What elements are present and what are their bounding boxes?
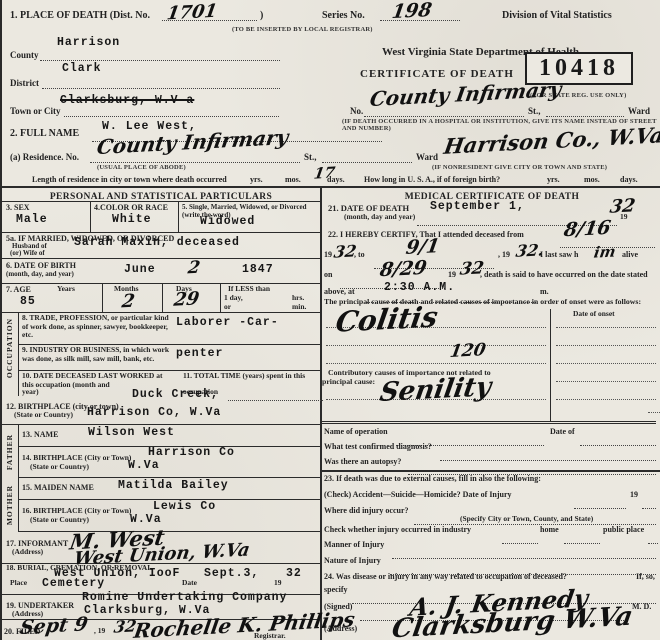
mother-name-value: Matilda Bailey bbox=[118, 479, 229, 492]
marital-value: Widowed bbox=[200, 215, 255, 228]
injury-location-row: Check whether injury occurred in industr… bbox=[322, 524, 660, 538]
md-label: M. D. bbox=[632, 602, 651, 611]
signed-label: (Signed) bbox=[324, 602, 352, 611]
race-cell: 4.COLOR OR RACE White bbox=[90, 201, 179, 232]
age-days-cell: Days 29 bbox=[162, 283, 221, 312]
filed-year-prefix: , 19 bbox=[94, 627, 105, 636]
medical-certificate-section: MEDICAL CERTIFICATE OF DEATH 21. DATE OF… bbox=[322, 186, 660, 640]
header-section: 1. PLACE OF DEATH (Dist. No. 1701 ) Seri… bbox=[2, 0, 660, 186]
sex-cell: 3. SEX Male bbox=[2, 201, 91, 232]
on-year-prefix: 19 bbox=[448, 270, 456, 279]
days-label-2: days. bbox=[620, 175, 638, 184]
right-section-title-row: MEDICAL CERTIFICATE OF DEATH bbox=[322, 186, 660, 200]
place-close-paren: ) bbox=[260, 10, 263, 22]
test-row: What test confirmed diagnosis? bbox=[322, 440, 660, 455]
age-or-label: or bbox=[224, 303, 231, 312]
district-value: Clark bbox=[62, 62, 102, 75]
dod-year-script: 32 bbox=[608, 195, 636, 218]
sex-value: Male bbox=[16, 213, 48, 226]
father-name-label: 13. NAME bbox=[22, 430, 58, 439]
dob-label: 6. DATE OF BIRTH bbox=[6, 261, 76, 270]
father-vertical-strip: FATHER bbox=[2, 424, 19, 477]
date-of-onset-header: Date of onset bbox=[573, 310, 615, 319]
nature-injury-label: Nature of Injury bbox=[324, 556, 381, 565]
dotted-line bbox=[40, 50, 280, 61]
dob-year-value: 1847 bbox=[242, 263, 274, 276]
age-months-value: 2 bbox=[120, 291, 136, 313]
birthplace-value-2: Harrison Co, W.Va bbox=[87, 406, 221, 419]
certify-to-script: 9/1 bbox=[404, 235, 441, 259]
personal-particulars-section: PERSONAL AND STATISTICAL PARTICULARS 3. … bbox=[2, 186, 320, 640]
mother-name-row: 15. MAIDEN NAME Matilda Bailey bbox=[18, 477, 320, 500]
mother-vertical-strip: MOTHER bbox=[2, 477, 19, 531]
father-birthplace-value-1: Harrison Co bbox=[148, 446, 235, 459]
filed-date-script: Sept 9 bbox=[18, 613, 89, 639]
residence-st-label: St., bbox=[304, 152, 317, 162]
wife-of-label: (or) Wife of bbox=[10, 249, 45, 257]
burial-date-value: Sept.3, bbox=[204, 567, 259, 580]
burial-place-value-2: Cemetery bbox=[42, 577, 105, 590]
registrar-note: (TO BE INSERTED BY LOCAL REGISTRAR) bbox=[232, 26, 373, 33]
place-of-death-label: 1. PLACE OF DEATH (Dist. No. bbox=[10, 10, 150, 22]
sex-label: 3. SEX bbox=[6, 203, 30, 212]
physician-address-row: (Address) Clarksburg W.Va bbox=[322, 618, 660, 640]
dod-sublabel: (month, day and year) bbox=[344, 213, 415, 222]
where-injury-row: Where did injury occur? (Specify City or… bbox=[322, 504, 660, 524]
m-label: m. bbox=[540, 287, 549, 296]
sex-race-marital-row: 3. SEX Male 4.COLOR OR RACE White 5. Sin… bbox=[2, 201, 320, 233]
occupation-vertical-strip: OCCUPATION bbox=[2, 312, 19, 396]
marital-cell: 5. Single, Married, Widowed, or Divorced… bbox=[178, 201, 320, 232]
date-of-onset-column: Date of onset bbox=[550, 309, 656, 421]
principal-cause-script: Colitis bbox=[333, 300, 440, 339]
burial-date-label: Date bbox=[182, 579, 197, 588]
certify-block: 22. I HEREBY CERTIFY, That I attended de… bbox=[322, 226, 660, 298]
certify-to-label: , to bbox=[354, 250, 365, 259]
mos-label: mos. bbox=[285, 175, 301, 184]
external-causes-row: 23. If death was due to external causes,… bbox=[322, 472, 660, 487]
dotted-line bbox=[64, 106, 279, 117]
filed-row: 20. FILED Sept 9 , 19 32 Rochelle K. Phi… bbox=[2, 619, 320, 640]
certify-y19-label: 19 bbox=[324, 250, 332, 259]
operation-date-label: Date of bbox=[550, 427, 575, 436]
age-days-value: 29 bbox=[172, 288, 200, 311]
injury-industry-label: Check whether injury occurred in industr… bbox=[324, 525, 471, 534]
father-name-value: Wilson West bbox=[88, 426, 175, 439]
mother-birthplace-sublabel: (State or Country) bbox=[30, 516, 89, 525]
contributory-cause-script: Senility bbox=[378, 372, 494, 408]
manner-injury-row: Manner of Injury bbox=[322, 538, 660, 554]
autopsy-label: Was there an autopsy? bbox=[324, 457, 401, 466]
burial-year-value: 32 bbox=[286, 567, 302, 580]
physician-address-label: (Address) bbox=[324, 624, 357, 633]
industry-label: 9. INDUSTRY OR BUSINESS, in which work w… bbox=[22, 346, 172, 363]
days-label: days. bbox=[327, 175, 345, 184]
town-label: Town or City bbox=[10, 106, 61, 116]
residence-ward-label: Ward bbox=[416, 152, 438, 162]
yrs-label: yrs. bbox=[250, 175, 263, 184]
age-years-label: Years bbox=[57, 285, 75, 294]
institution-no-label: No. bbox=[350, 106, 363, 116]
trade-label: 8. TRADE, PROFESSION, or particular kind… bbox=[22, 314, 172, 340]
check-injury-row: (Check) Accident—Suicide—Homicide? Date … bbox=[322, 487, 660, 504]
age-min-label: min. bbox=[292, 303, 306, 312]
age-years-cell: 7. AGE Years 85 bbox=[2, 283, 103, 312]
contributory-label-2: principal cause: bbox=[322, 378, 375, 387]
last-worked-label: 10. DATE DECEASED LAST WORKED at this oc… bbox=[22, 372, 172, 389]
operation-label: Name of operation bbox=[324, 427, 388, 436]
dotted-line bbox=[162, 10, 257, 21]
mother-birthplace-value-1: Lewis Co bbox=[153, 500, 216, 513]
father-birthplace-value-2: W.Va bbox=[128, 459, 160, 472]
county-label: County bbox=[10, 50, 39, 60]
if-so-label: If, so, bbox=[636, 572, 655, 581]
st-label: St., bbox=[528, 106, 541, 116]
manner-injury-label: Manner of Injury bbox=[324, 540, 384, 549]
yrs-label-2: yrs. bbox=[547, 175, 560, 184]
age-row: 7. AGE Years 85 Months 2 Days 29 If LESS… bbox=[2, 283, 320, 313]
last-saw-label: I last saw h bbox=[540, 250, 578, 259]
length-residence-label: Length of residence in city or town wher… bbox=[32, 175, 227, 184]
father-name-row: 13. NAME Wilson West bbox=[18, 424, 320, 447]
last-saw-script: im bbox=[593, 242, 617, 261]
fullname-label: 2. FULL NAME bbox=[10, 128, 79, 140]
race-label: 4.COLOR OR RACE bbox=[94, 203, 168, 212]
district-label: District bbox=[10, 78, 39, 88]
informant-row: 17. INFORMANT (Address) M. West West Uni… bbox=[2, 531, 320, 564]
test-label: What test confirmed diagnosis? bbox=[324, 442, 432, 451]
mos-label-2: mos. bbox=[584, 175, 600, 184]
division-title: Division of Vital Statistics bbox=[502, 10, 612, 22]
age-label: 7. AGE bbox=[6, 285, 31, 294]
age-months-cell: Months 2 bbox=[102, 283, 163, 312]
alive-label: alive bbox=[622, 250, 638, 259]
injury-public-label: public place bbox=[603, 525, 644, 534]
injury-year-prefix: 19 bbox=[630, 490, 638, 499]
abode-note: (USUAL PLACE OF ABODE) bbox=[97, 164, 186, 171]
birthplace-sublabel: (State or Country) bbox=[14, 411, 73, 420]
dotted-line bbox=[42, 78, 280, 89]
undertaker-name-value: Romine Undertaking Company bbox=[82, 591, 287, 604]
specify-city-note: (Specify City or Town, County, and State… bbox=[460, 515, 593, 524]
specify-label: specify bbox=[324, 585, 348, 594]
operation-row: Name of operation Date of bbox=[322, 424, 660, 440]
dotted-line bbox=[380, 10, 460, 21]
death-certificate-document: 1. PLACE OF DEATH (Dist. No. 1701 ) Seri… bbox=[0, 0, 660, 640]
occupation-related-label: 24. Was disease or injury in any way rel… bbox=[324, 572, 567, 581]
injury-home-label: home bbox=[540, 525, 559, 534]
father-birthplace-row: 14. BIRTHPLACE (City or Town) (State or … bbox=[18, 446, 320, 478]
dob-month-value: June bbox=[124, 263, 156, 276]
occupation-vertical-label: OCCUPATION bbox=[5, 318, 14, 378]
age-less-cell: If LESS than 1 day, hrs. or min. bbox=[220, 283, 320, 312]
dod-value: September 1, bbox=[430, 200, 525, 213]
birthplace-value-1: Duck Creek, bbox=[132, 388, 219, 401]
certificate-title: CERTIFICATE OF DEATH bbox=[360, 68, 514, 81]
trade-value: Laborer -Car- bbox=[176, 316, 279, 329]
age-years-value: 85 bbox=[20, 295, 36, 308]
father-vertical-label: FATHER bbox=[5, 434, 14, 470]
above-at-label: above, at bbox=[324, 287, 355, 296]
dotted-line bbox=[546, 106, 624, 117]
cause-of-death-area: Date of onset Colitis 120 Contributory c… bbox=[322, 309, 656, 424]
burial-place-label: Place bbox=[10, 579, 27, 588]
where-injury-label: Where did injury occur? bbox=[324, 506, 409, 515]
spouse-value: Sarah Maxin, deceased bbox=[74, 236, 240, 249]
dob-sublabel: (month, day, and year) bbox=[6, 270, 74, 278]
check-injury-label: (Check) Accident—Suicide—Homicide? Date … bbox=[324, 490, 512, 499]
industry-value: penter bbox=[176, 347, 223, 360]
dotted-line bbox=[322, 152, 412, 163]
informant-sublabel: (Address) bbox=[12, 548, 43, 557]
left-section-title-row: PERSONAL AND STATISTICAL PARTICULARS bbox=[2, 186, 320, 202]
on-label: on bbox=[324, 270, 332, 279]
industry-row: 9. INDUSTRY OR BUSINESS, in which work w… bbox=[18, 344, 320, 371]
mother-vertical-label: MOTHER bbox=[5, 485, 14, 525]
dotted-line bbox=[364, 106, 524, 117]
usa-length-label: How long in U. S. A., if of foreign birt… bbox=[364, 175, 500, 184]
certify-comma19-label: , 19 bbox=[498, 250, 510, 259]
county-value: Harrison bbox=[57, 36, 120, 49]
nonresident-note: (IF NONRESIDENT GIVE CITY OR TOWN AND ST… bbox=[432, 164, 607, 171]
race-value: White bbox=[112, 213, 152, 226]
autopsy-row: Was there an autopsy? bbox=[322, 455, 660, 472]
series-label: Series No. bbox=[322, 10, 365, 22]
residence-label: (a) Residence. No. bbox=[10, 152, 79, 162]
mother-birthplace-row: 16. BIRTHPLACE (City or Town) (State or … bbox=[18, 499, 320, 532]
cause-code-script: 120 bbox=[448, 340, 487, 362]
father-birthplace-sublabel: (State or Country) bbox=[30, 463, 89, 472]
dotted-line bbox=[90, 152, 300, 163]
occurred-label: , death is said to have occurred on the … bbox=[480, 270, 648, 279]
dob-day-value: 2 bbox=[186, 258, 201, 279]
burial-year-prefix: 19 bbox=[274, 579, 282, 588]
mother-name-label: 15. MAIDEN NAME bbox=[22, 483, 94, 492]
spouse-row: 5a. IF MARRIED, WIDOWED, OR DIVORCED Hus… bbox=[2, 232, 320, 259]
nature-injury-row: Nature of Injury bbox=[322, 554, 660, 570]
external-causes-label: 23. If death was due to external causes,… bbox=[324, 474, 541, 483]
birthplace-row: Duck Creek, 12. BIRTHPLACE (city or town… bbox=[2, 396, 320, 425]
dob-row: 6. DATE OF BIRTH (month, day, and year) … bbox=[2, 258, 320, 284]
registrar-label: Registrar. bbox=[254, 632, 286, 640]
trade-row: 8. TRADE, PROFESSION, or particular kind… bbox=[18, 312, 320, 345]
total-time-label: 11. TOTAL TIME (years) spent in this bbox=[183, 372, 313, 381]
ward-label: Ward bbox=[628, 106, 650, 116]
